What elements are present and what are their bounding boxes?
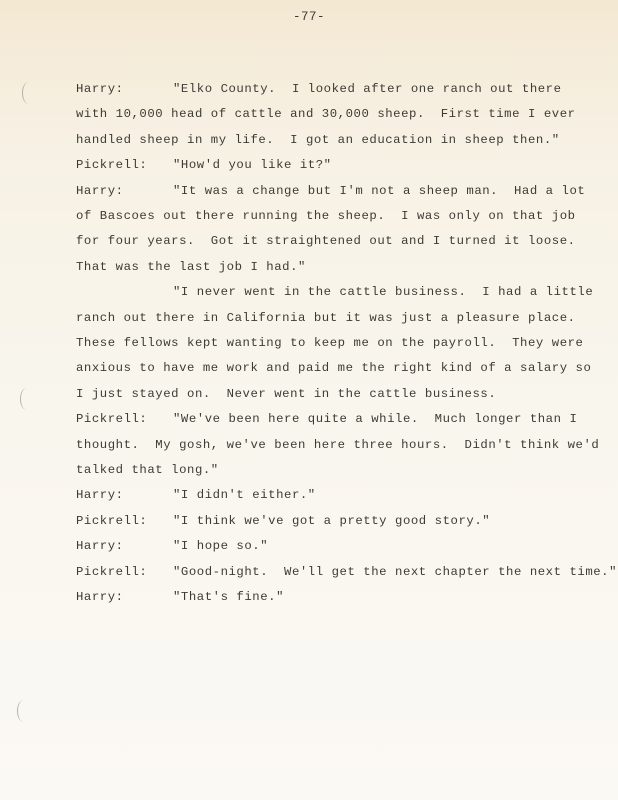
speaker-label: Harry: [76,184,173,198]
line-text: ranch out there in California but it was… [76,311,576,325]
line-text: talked that long." [76,463,219,477]
line-text: I just stayed on. Never went in the catt… [76,387,496,401]
transcript-line: Pickrell:"How'd you like it?" [76,158,332,172]
transcript-line: Harry:"I hope so." [76,539,268,553]
line-text: "I never went in the cattle business. I … [173,285,593,299]
speaker-label: Pickrell: [76,565,173,579]
transcript-line: Pickrell:"I think we've got a pretty goo… [76,514,490,528]
transcript-line: ranch out there in California but it was… [76,311,576,325]
transcript-line: Pickrell:"We've been here quite a while.… [76,412,577,426]
transcript-line: "I never went in the cattle business. I … [76,285,593,299]
speaker-label: Pickrell: [76,514,173,528]
transcript-line: Harry:"That's fine." [76,590,284,604]
line-text: "Elko County. I looked after one ranch o… [173,82,562,96]
line-text: "I didn't either." [173,488,316,502]
line-text: "Good-night. We'll get the next chapter … [173,565,617,579]
transcript-line: Harry:"Elko County. I looked after one r… [76,82,562,96]
line-text: "It was a change but I'm not a sheep man… [173,184,585,198]
transcript-line: thought. My gosh, we've been here three … [76,438,599,452]
speaker-label: Harry: [76,488,173,502]
transcript-line: Harry:"I didn't either." [76,488,316,502]
transcript-line: anxious to have me work and paid me the … [76,361,591,375]
transcript-line: with 10,000 head of cattle and 30,000 sh… [76,107,576,121]
binder-hole-mark [17,700,30,722]
line-text: "How'd you like it?" [173,158,332,172]
transcript-line: for four years. Got it straightened out … [76,234,576,248]
transcript-line: of Bascoes out there running the sheep. … [76,209,576,223]
transcript-line: Pickrell:"Good-night. We'll get the next… [76,565,617,579]
speaker-label: Harry: [76,590,173,604]
transcript-line: That was the last job I had." [76,260,306,274]
line-text: of Bascoes out there running the sheep. … [76,209,576,223]
line-text: "I hope so." [173,539,268,553]
binder-hole-mark [20,388,33,410]
line-text: "We've been here quite a while. Much lon… [173,412,577,426]
transcript-line: talked that long." [76,463,219,477]
line-text: "That's fine." [173,590,284,604]
line-text: handled sheep in my life. I got an educa… [76,133,560,147]
line-text: for four years. Got it straightened out … [76,234,576,248]
binder-hole-mark [22,82,35,104]
speaker-label: Pickrell: [76,158,173,172]
speaker-label: Harry: [76,539,173,553]
line-text: These fellows kept wanting to keep me on… [76,336,583,350]
speaker-label: Pickrell: [76,412,173,426]
transcript-line: handled sheep in my life. I got an educa… [76,133,560,147]
line-text: with 10,000 head of cattle and 30,000 sh… [76,107,576,121]
page-number: -77- [0,10,618,24]
line-text: "I think we've got a pretty good story." [173,514,490,528]
line-text: That was the last job I had." [76,260,306,274]
transcript-line: I just stayed on. Never went in the catt… [76,387,496,401]
transcript-line: These fellows kept wanting to keep me on… [76,336,583,350]
speaker-label: Harry: [76,82,173,96]
line-text: anxious to have me work and paid me the … [76,361,591,375]
line-text: thought. My gosh, we've been here three … [76,438,599,452]
transcript-line: Harry:"It was a change but I'm not a she… [76,184,585,198]
